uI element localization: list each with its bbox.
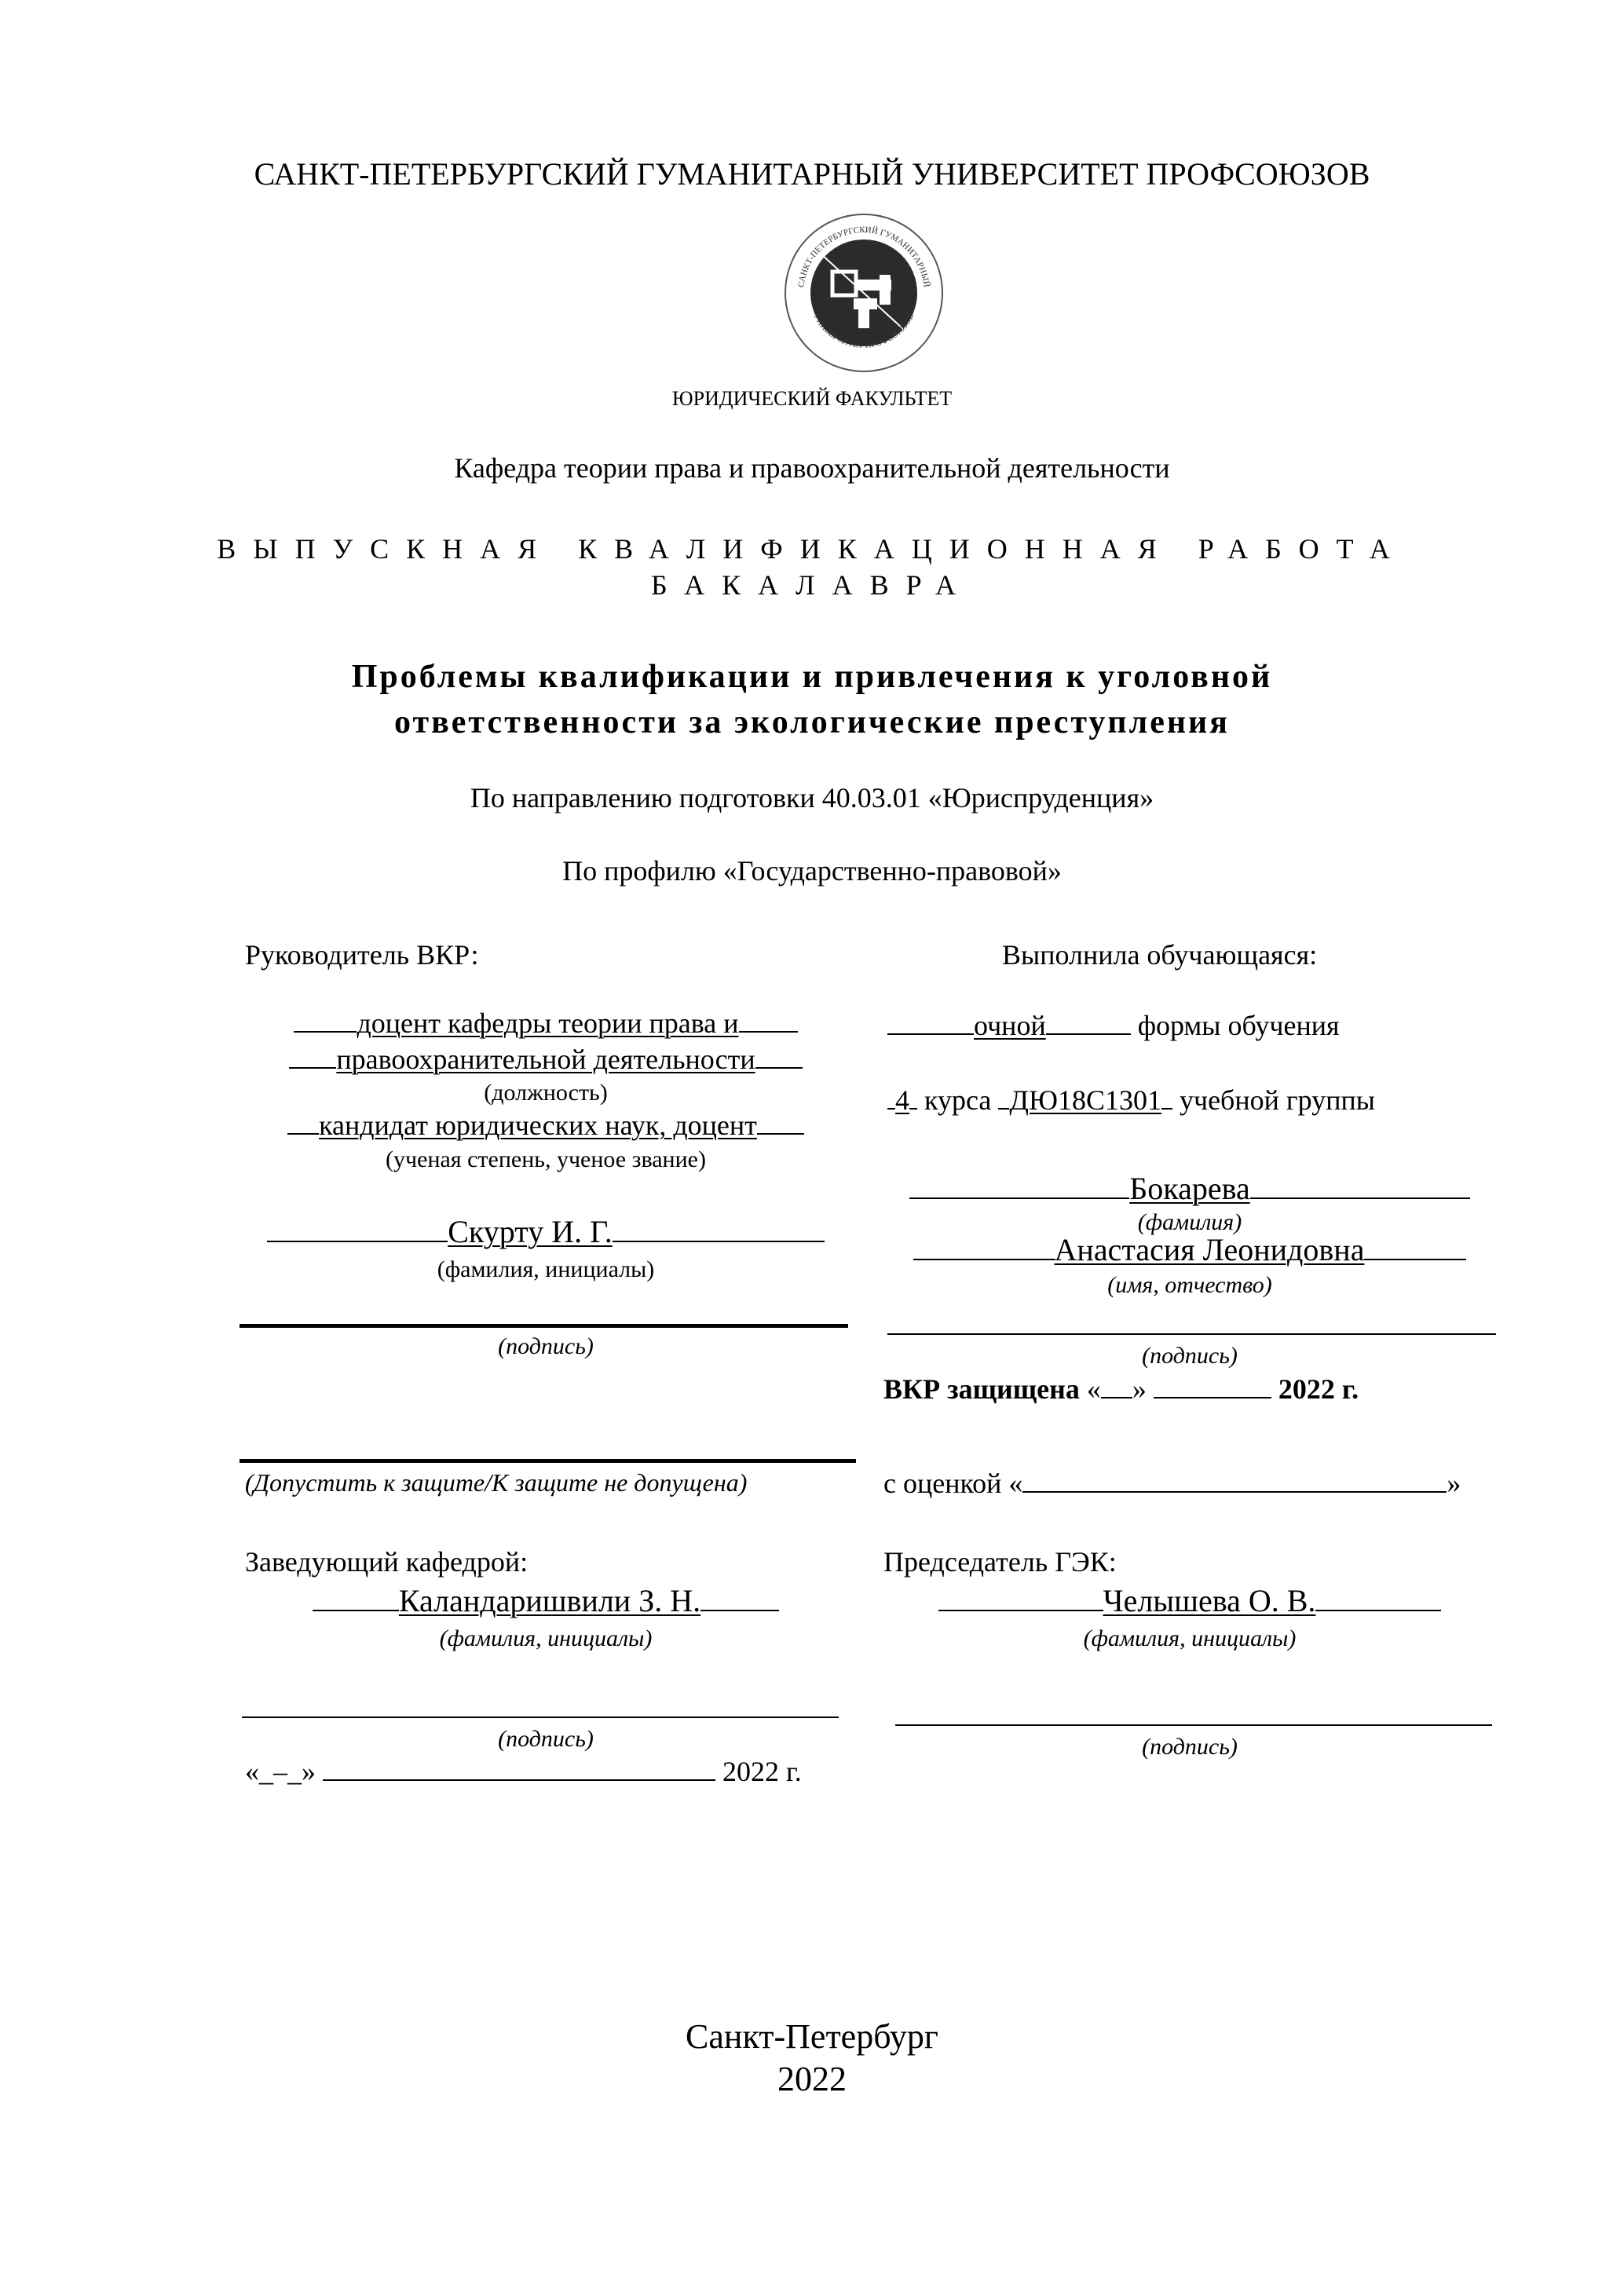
first-patronymic-caption: (имя, отчество): [880, 1272, 1500, 1299]
gek-signature-caption: (подпись): [880, 1734, 1500, 1760]
supervisor-signature-caption: (подпись): [240, 1333, 852, 1360]
study-profile: По профилю «Государственно-правовой»: [0, 854, 1624, 887]
position-caption: (должность): [240, 1080, 852, 1106]
name-caption: (фамилия, инициалы): [240, 1256, 852, 1283]
student-first-patronymic: Анастасия Леонидовна: [880, 1231, 1500, 1268]
defense-date-line: ВКР защищена «» 2022 г.: [883, 1373, 1359, 1406]
grade-line: с оценкой «»: [883, 1467, 1461, 1500]
university-logo-icon: САНКТ-ПЕТЕРБУРГСКИЙ ГУМАНИТАРНЫЙ УНИВЕРС…: [781, 210, 946, 375]
supervisor-signature-line[interactable]: [240, 1324, 848, 1328]
student-surname: Бокарева: [880, 1170, 1500, 1207]
gek-heading: Председатель ГЭК:: [883, 1545, 1117, 1578]
supervisor-position-line1: доцент кафедры теории права и: [240, 1007, 852, 1040]
gek-name-caption: (фамилия, инициалы): [880, 1625, 1500, 1652]
gek-name: Челышева О. В.: [880, 1582, 1500, 1619]
head-signature-caption: (подпись): [240, 1726, 852, 1753]
department-name: Кафедра теории права и правоохранительно…: [0, 452, 1624, 484]
student-signature-line[interactable]: [887, 1333, 1496, 1335]
head-name: Каландаришвили З. Н.: [240, 1582, 852, 1619]
head-heading: Заведующий кафедрой:: [245, 1545, 528, 1578]
student-heading: Выполнила обучающаяся:: [1002, 938, 1317, 971]
supervisor-degree: кандидат юридических наук, доцент: [240, 1109, 852, 1142]
footer-city: Санкт-Петербург: [0, 2016, 1624, 2057]
work-type-line2: БАКАЛАВРА: [0, 569, 1624, 601]
work-type-line1: ВЫПУСКНАЯ КВАЛИФИКАЦИОННАЯ РАБОТА: [0, 532, 1624, 565]
gek-signature-line[interactable]: [895, 1724, 1492, 1726]
supervisor-heading: Руководитель ВКР:: [245, 938, 478, 971]
footer-year: 2022: [0, 2059, 1624, 2099]
degree-caption: (ученая степень, ученое звание): [240, 1146, 852, 1173]
supervisor-name: Скурту И. Г.: [240, 1213, 852, 1250]
head-date-line: «_–_» 2022 г.: [245, 1755, 802, 1788]
defense-month-field[interactable]: [1154, 1396, 1271, 1398]
defense-day-field[interactable]: [1101, 1396, 1132, 1398]
head-name-caption: (фамилия, инициалы): [240, 1625, 852, 1652]
grade-field[interactable]: [1022, 1490, 1447, 1493]
study-direction: По направлению подготовки 40.03.01 «Юрис…: [0, 781, 1624, 814]
university-name: САНКТ-ПЕТЕРБУРГСКИЙ ГУМАНИТАРНЫЙ УНИВЕРС…: [0, 155, 1624, 192]
thesis-title-line2: ответственности за экологические преступ…: [0, 699, 1624, 746]
head-date-field[interactable]: [323, 1779, 715, 1781]
student-signature-caption: (подпись): [880, 1343, 1500, 1369]
study-form-line: очной формы обучения: [887, 1009, 1340, 1042]
supervisor-position-line2: правоохранительной деятельности: [240, 1043, 852, 1076]
faculty-name: ЮРИДИЧЕСКИЙ ФАКУЛЬТЕТ: [0, 387, 1624, 411]
admission-caption: (Допустить к защите/К защите не допущена…: [245, 1468, 747, 1497]
course-group-line: 4 курса ДЮ18С1301 учебной группы: [887, 1084, 1375, 1117]
admission-line[interactable]: [240, 1459, 856, 1463]
thesis-title-line1: Проблемы квалификации и привлечения к уг…: [0, 653, 1624, 700]
head-signature-line[interactable]: [242, 1717, 839, 1718]
